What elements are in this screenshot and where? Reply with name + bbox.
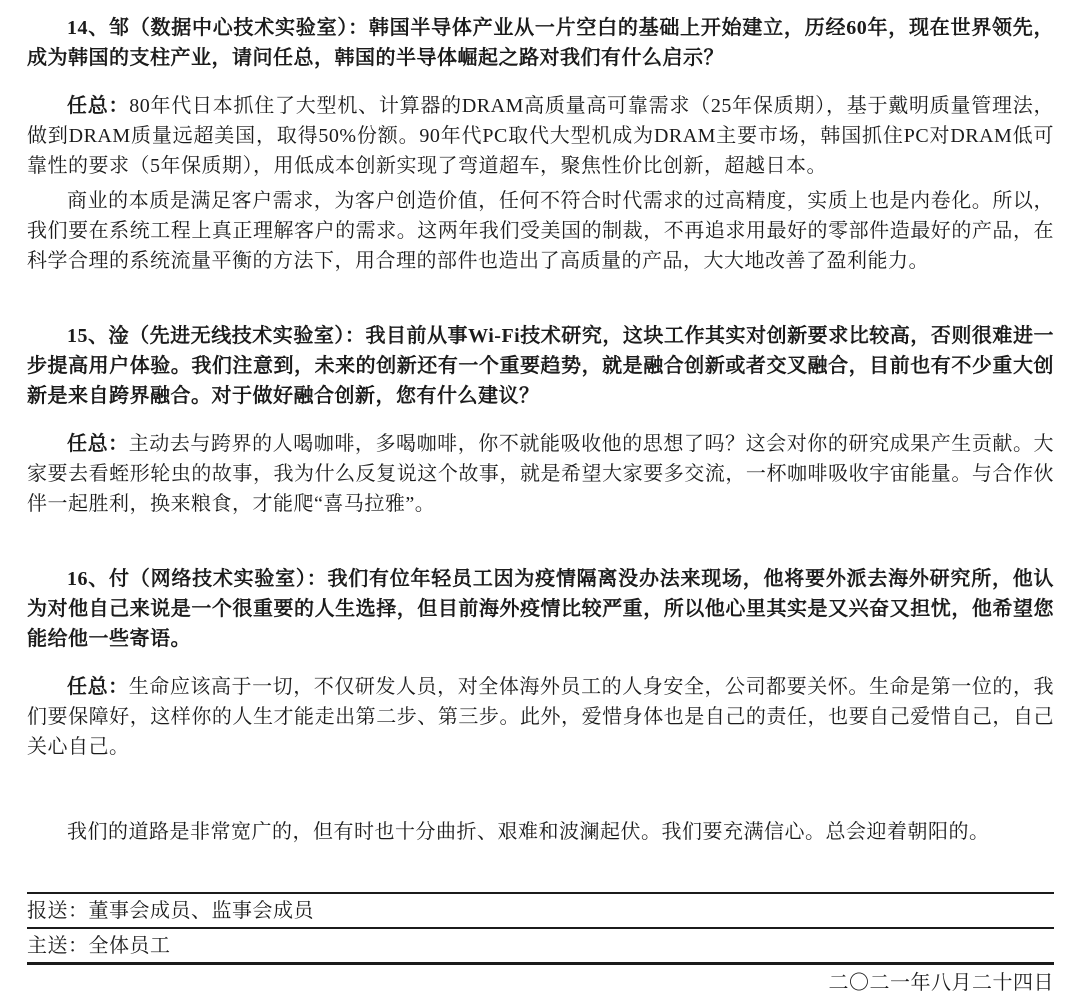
qa-block-16: 16、付（网络技术实验室）：我们有位年轻员工因为疫情隔离没办法来现场，他将要外派… — [27, 564, 1054, 762]
main-send-label: 主送： — [27, 935, 89, 957]
question-14-text: 14、邹（数据中心技术实验室）：韩国半导体产业从一片空白的基础上开始建立，历经6… — [27, 13, 1054, 73]
qa-block-14: 14、邹（数据中心技术实验室）：韩国半导体产业从一片空白的基础上开始建立，历经6… — [27, 13, 1054, 276]
answer-speaker-label: 任总： — [67, 95, 129, 117]
answer-speaker-label: 任总： — [67, 676, 129, 698]
answer-14-text-1: 80年代日本抓住了大型机、计算器的DRAM高质量高可靠需求（25年保质期），基于… — [27, 95, 1054, 177]
main-send-value: 全体员工 — [89, 935, 171, 957]
answer-16-paragraph-1: 任总：生命应该高于一切，不仅研发人员，对全体海外员工的人身安全，公司都要关怀。生… — [27, 672, 1054, 762]
answer-15-paragraph-1: 任总：主动去与跨界的人喝咖啡，多喝咖啡，你不就能吸收他的思想了吗？这会对你的研究… — [27, 429, 1054, 519]
report-to-row: 报送：董事会成员、监事会成员 — [27, 894, 1054, 929]
qa-block-15: 15、淦（先进无线技术实验室）：我目前从事Wi-Fi技术研究，这块工作其实对创新… — [27, 321, 1054, 519]
document-page: 14、邹（数据中心技术实验室）：韩国半导体产业从一片空白的基础上开始建立，历经6… — [0, 0, 1080, 1004]
report-to-label: 报送： — [27, 900, 89, 922]
answer-16-text-1: 生命应该高于一切，不仅研发人员，对全体海外员工的人身安全，公司都要关怀。生命是第… — [27, 676, 1054, 758]
date-line: 二〇二一年八月二十四日 — [27, 968, 1054, 998]
distribution-table: 报送：董事会成员、监事会成员 主送：全体员工 — [27, 892, 1054, 965]
answer-15-text-1: 主动去与跨界的人喝咖啡，多喝咖啡，你不就能吸收他的思想了吗？这会对你的研究成果产… — [27, 433, 1054, 515]
report-to-value: 董事会成员、监事会成员 — [89, 900, 315, 922]
question-15-text: 15、淦（先进无线技术实验室）：我目前从事Wi-Fi技术研究，这块工作其实对创新… — [27, 321, 1054, 411]
main-send-row: 主送：全体员工 — [27, 929, 1054, 962]
answer-14-paragraph-2: 商业的本质是满足客户需求，为客户创造价值，任何不符合时代需求的过高精度，实质上也… — [27, 186, 1054, 276]
closing-paragraph: 我们的道路是非常宽广的，但有时也十分曲折、艰难和波澜起伏。我们要充满信心。总会迎… — [27, 817, 1054, 847]
answer-speaker-label: 任总： — [67, 433, 129, 455]
answer-14-paragraph-1: 任总：80年代日本抓住了大型机、计算器的DRAM高质量高可靠需求（25年保质期）… — [27, 91, 1054, 181]
question-16-text: 16、付（网络技术实验室）：我们有位年轻员工因为疫情隔离没办法来现场，他将要外派… — [27, 564, 1054, 654]
